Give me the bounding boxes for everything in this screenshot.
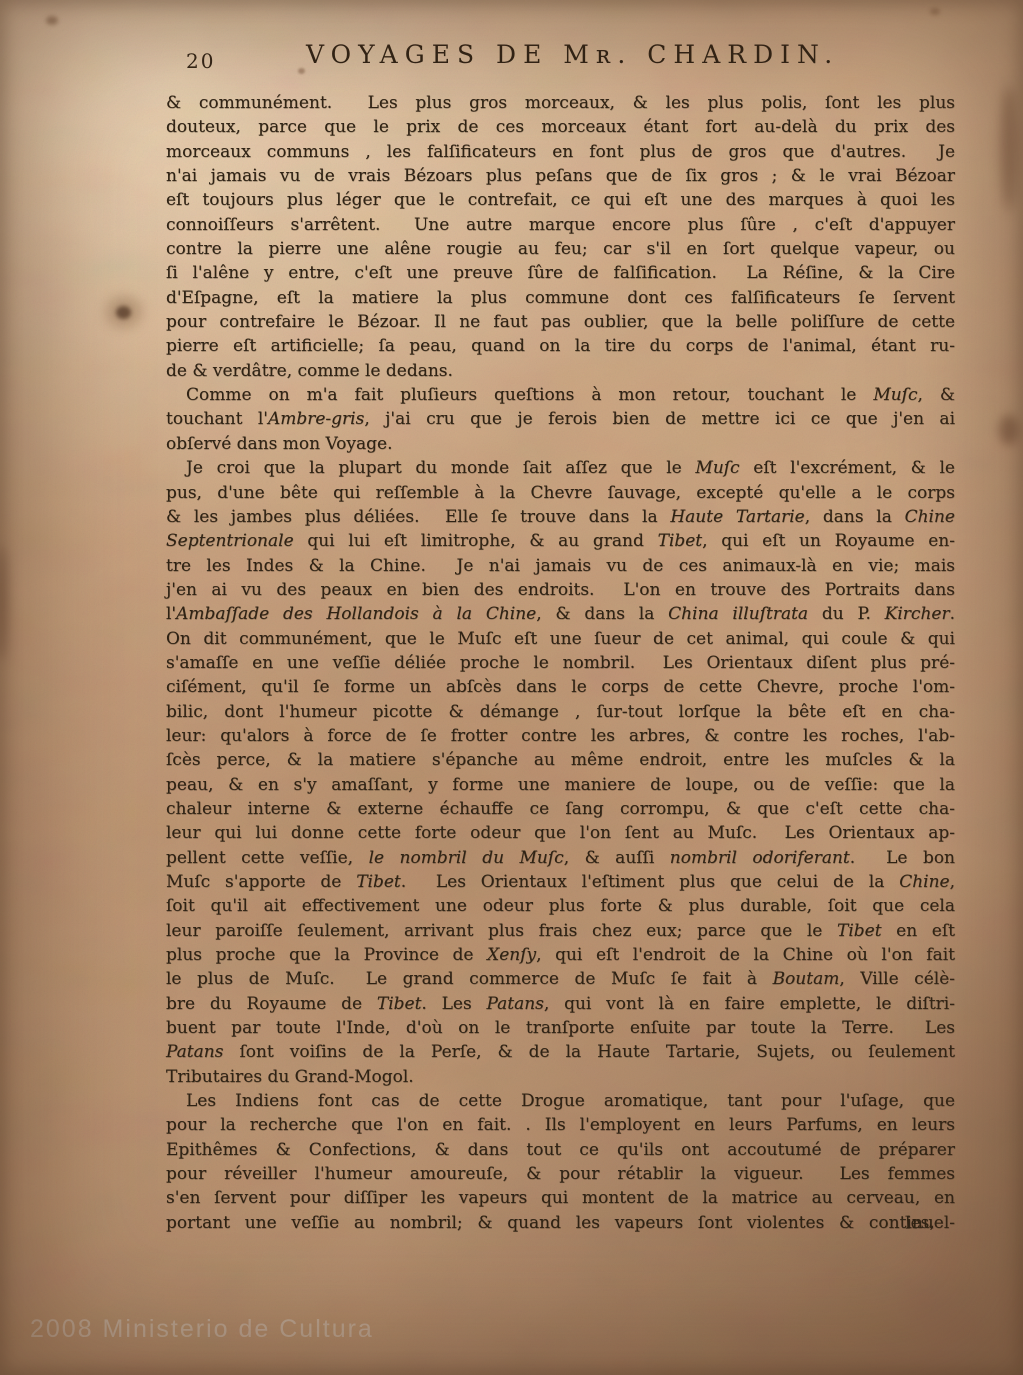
text-line: obſervé dans mon Voyage. xyxy=(166,432,955,456)
text-line: touchant l'Ambre-gris, j'ai cru que je f… xyxy=(166,407,955,431)
text-line: de & verdâtre, comme le dedans. xyxy=(166,359,955,383)
text-line: pour la recherche que l'on en fait. . Il… xyxy=(166,1113,955,1137)
text-line: j'en ai vu des peaux en bien des endroit… xyxy=(166,578,955,602)
text-line: connoiſſeurs s'arrêtent. Une autre marqu… xyxy=(166,213,955,237)
text-line: d'Eſpagne, eſt la matiere la plus commun… xyxy=(166,286,955,310)
text-line: Septentrionale qui lui eſt limitrophe, &… xyxy=(166,529,955,553)
text-line: leur: qu'alors à force de ſe frotter con… xyxy=(166,724,955,748)
text-line: Epithêmes & Confections, & dans tout ce … xyxy=(166,1138,955,1162)
ink-spot-halo xyxy=(106,296,142,328)
ink-spot xyxy=(46,16,58,25)
text-line: Patans ſont voiſins de la Perſe, & de la… xyxy=(166,1040,955,1064)
book-page-scan: 20 VOYAGES DE Mʀ. CHARDIN. & communément… xyxy=(0,0,1023,1375)
text-line: chaleur interne & externe échauffe ce ſa… xyxy=(166,797,955,821)
text-line: contre la pierre une alêne rougie au feu… xyxy=(166,237,955,261)
text-line: pierre eſt artificielle; ſa peau, quand … xyxy=(166,334,955,358)
text-line: pour réveiller l'humeur amoureuſe, & pou… xyxy=(166,1162,955,1186)
text-line: buent par toute l'Inde, d'où on le tranſ… xyxy=(166,1016,955,1040)
text-line: & les jambes plus déliées. Elle ſe trouv… xyxy=(166,505,955,529)
text-line: leur qui lui donne cette forte odeur que… xyxy=(166,821,955,845)
text-line: ciſément, qu'il ſe forme un abſcès dans … xyxy=(166,675,955,699)
text-line: s'en ſervent pour diſſiper les vapeurs q… xyxy=(166,1186,955,1210)
text-line: bre du Royaume de Tibet. Les Patans, qui… xyxy=(166,992,955,1016)
text-line: ſcès perce, & la matiere s'épanche au mê… xyxy=(166,748,955,772)
text-line: ſoit qu'il ait effectivement une odeur p… xyxy=(166,894,955,918)
text-line: tre les Indes & la Chine. Je n'ai jamais… xyxy=(166,554,955,578)
text-line: plus proche que la Province de Xenſy, qu… xyxy=(166,943,955,967)
text-line: n'ai jamais vu de vrais Bézoars plus peſ… xyxy=(166,164,955,188)
text-line: Les Indiens font cas de cette Drogue aro… xyxy=(166,1089,955,1113)
text-line: le plus de Muſc. Le grand commerce de Mu… xyxy=(166,967,955,991)
edge-smudge xyxy=(0,545,7,660)
paper-speck xyxy=(298,68,305,74)
text-line: Comme on m'a fait pluſieurs queſtions à … xyxy=(166,383,955,407)
text-line: pus, d'une bête qui reſſemble à la Chevr… xyxy=(166,481,955,505)
ink-spot xyxy=(116,306,131,319)
text-line: eſt toujours plus léger que le contrefai… xyxy=(166,188,955,212)
body-text: & communément. Les plus gros morceaux, &… xyxy=(166,91,955,1235)
library-watermark: 2008 Ministerio de Cultura xyxy=(30,1315,374,1344)
text-line: morceaux communs , les falſificateurs en… xyxy=(166,140,955,164)
edge-smudge xyxy=(1001,86,1017,211)
text-line: pellent cette veſſie, le nombril du Muſc… xyxy=(166,846,955,870)
paper-speck xyxy=(930,8,940,15)
text-line: douteux, parce que le prix de ces morcea… xyxy=(166,115,955,139)
page-number: 20 xyxy=(186,49,215,73)
text-line: bilic, dont l'humeur picotte & démange ,… xyxy=(166,700,955,724)
text-line: l'Ambaſſade des Hollandois à la Chine, &… xyxy=(166,602,955,626)
text-line: leur paroiſſe ſeulement, arrivant plus f… xyxy=(166,919,955,943)
text-line: pour contrefaire le Bézoar. Il ne faut p… xyxy=(166,310,955,334)
running-title: VOYAGES DE Mʀ. CHARDIN. xyxy=(306,40,839,69)
text-line: ſi l'alêne y entre, c'eſt une preuve ſûr… xyxy=(166,261,955,285)
text-line: s'amaſſe en une veſſie déliée proche le … xyxy=(166,651,955,675)
text-line: peau, & en s'y amaſſant, y forme une man… xyxy=(166,773,955,797)
text-line: Je croi que la plupart du monde ſait aſſ… xyxy=(166,456,955,480)
text-line: Muſc s'apporte de Tibet. Les Orientaux l… xyxy=(166,870,955,894)
edge-smudge xyxy=(999,415,1019,445)
text-line: & communément. Les plus gros morceaux, &… xyxy=(166,91,955,115)
text-line: On dit communément, que le Muſc eſt une … xyxy=(166,627,955,651)
text-line: Tributaires du Grand-Mogol. xyxy=(166,1065,955,1089)
